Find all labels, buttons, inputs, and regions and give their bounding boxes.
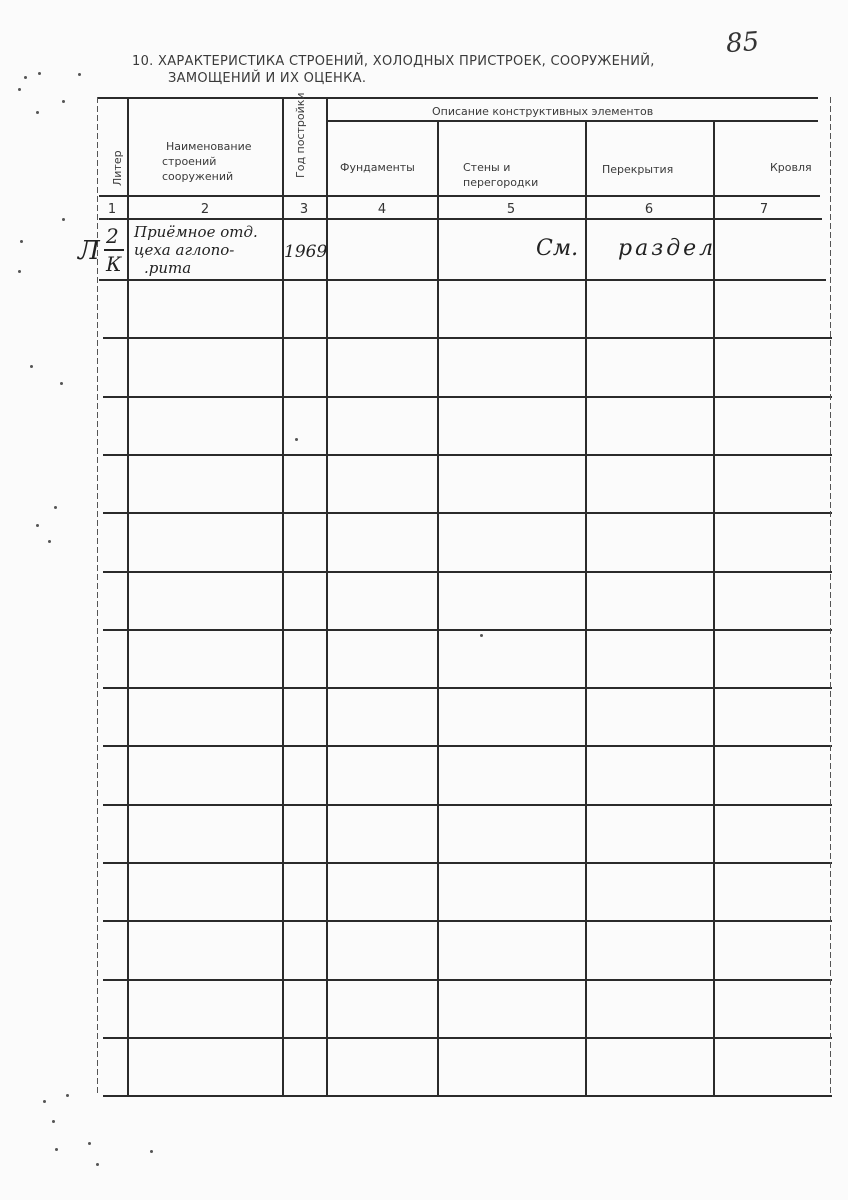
row-line: [103, 337, 832, 339]
characteristics-table: [0, 0, 848, 1200]
building-name-line-2: цеха аглопо-: [134, 241, 258, 259]
column-line: [713, 120, 715, 1095]
col-num-3: 3: [283, 202, 325, 217]
row-line: [103, 745, 832, 747]
scan-speck: [60, 382, 63, 385]
walls-note: См.: [536, 236, 578, 261]
row-line: [103, 629, 832, 631]
row-line: [103, 804, 832, 806]
row-line: [103, 687, 832, 689]
scan-speck: [18, 270, 21, 273]
scan-speck: [30, 365, 33, 368]
col-num-7: 7: [714, 202, 814, 217]
header-walls-line-2: перегородки: [463, 175, 538, 190]
header-roof: Кровля: [770, 160, 812, 175]
floors-note: раздел: [618, 236, 716, 261]
building-name-line-3: .рита: [144, 259, 258, 277]
scan-speck: [52, 1120, 55, 1123]
row-line: [99, 195, 820, 197]
scan-speck: [55, 1148, 58, 1151]
col-num-1: 1: [100, 202, 124, 217]
scan-speck: [66, 1094, 69, 1097]
scan-speck: [24, 76, 27, 79]
scan-speck: [78, 73, 81, 76]
column-line: [585, 120, 587, 1095]
col-num-2: 2: [129, 202, 281, 217]
scan-speck: [62, 218, 65, 221]
header-name-line-2: строений: [162, 154, 251, 169]
header-year: Год постройки: [294, 98, 307, 178]
scan-speck: [36, 111, 39, 114]
col-num-4: 4: [327, 202, 437, 217]
row-line: [99, 279, 826, 281]
header-name-line-1: Наименование: [166, 139, 251, 154]
liter-denominator: К: [106, 252, 121, 276]
header-name: Наименование строений сооружений: [166, 139, 251, 184]
header-floors: Перекрытия: [602, 162, 673, 177]
row-line: [326, 120, 818, 122]
row-line: [103, 396, 832, 398]
header-walls: Стены и перегородки: [463, 160, 538, 190]
row-line: [103, 454, 832, 456]
header-walls-line-1: Стены и: [463, 160, 538, 175]
scan-speck: [48, 540, 51, 543]
scan-speck: [43, 1100, 46, 1103]
building-name-line-1: Приёмное отд.: [134, 223, 258, 241]
scan-speck: [62, 100, 65, 103]
liter-fraction-bar: [104, 249, 124, 251]
row-line: [103, 979, 832, 981]
scan-speck: [36, 524, 39, 527]
liter-numerator: 2: [106, 224, 119, 248]
scan-speck: [96, 1163, 99, 1166]
row-line: [103, 571, 832, 573]
scan-speck: [295, 438, 298, 441]
scan-speck: [54, 506, 57, 509]
building-name: Приёмное отд. цеха аглопо- .рита: [134, 223, 258, 277]
scan-speck: [18, 88, 21, 91]
scan-speck: [480, 634, 483, 637]
col-num-5: 5: [438, 202, 584, 217]
col-num-6: 6: [586, 202, 712, 217]
build-year: 1969: [284, 242, 327, 262]
row-line: [103, 1095, 832, 1097]
header-group: Описание конструктивных элементов: [432, 104, 653, 119]
row-line: [103, 862, 832, 864]
scan-speck: [20, 240, 23, 243]
header-name-line-3: сооружений: [162, 169, 251, 184]
row-line: [103, 1037, 832, 1039]
header-foundations: Фундаменты: [340, 160, 415, 175]
header-liter: Литер: [111, 150, 124, 186]
row-line: [103, 920, 832, 922]
column-line: [437, 120, 439, 1095]
scan-speck: [38, 72, 41, 75]
scan-speck: [150, 1150, 153, 1153]
row-line: [103, 512, 832, 514]
row-line: [97, 97, 818, 99]
column-line: [127, 97, 129, 1095]
column-line: [830, 97, 831, 1095]
scan-speck: [88, 1142, 91, 1145]
liter-prefix: Л: [78, 236, 100, 266]
